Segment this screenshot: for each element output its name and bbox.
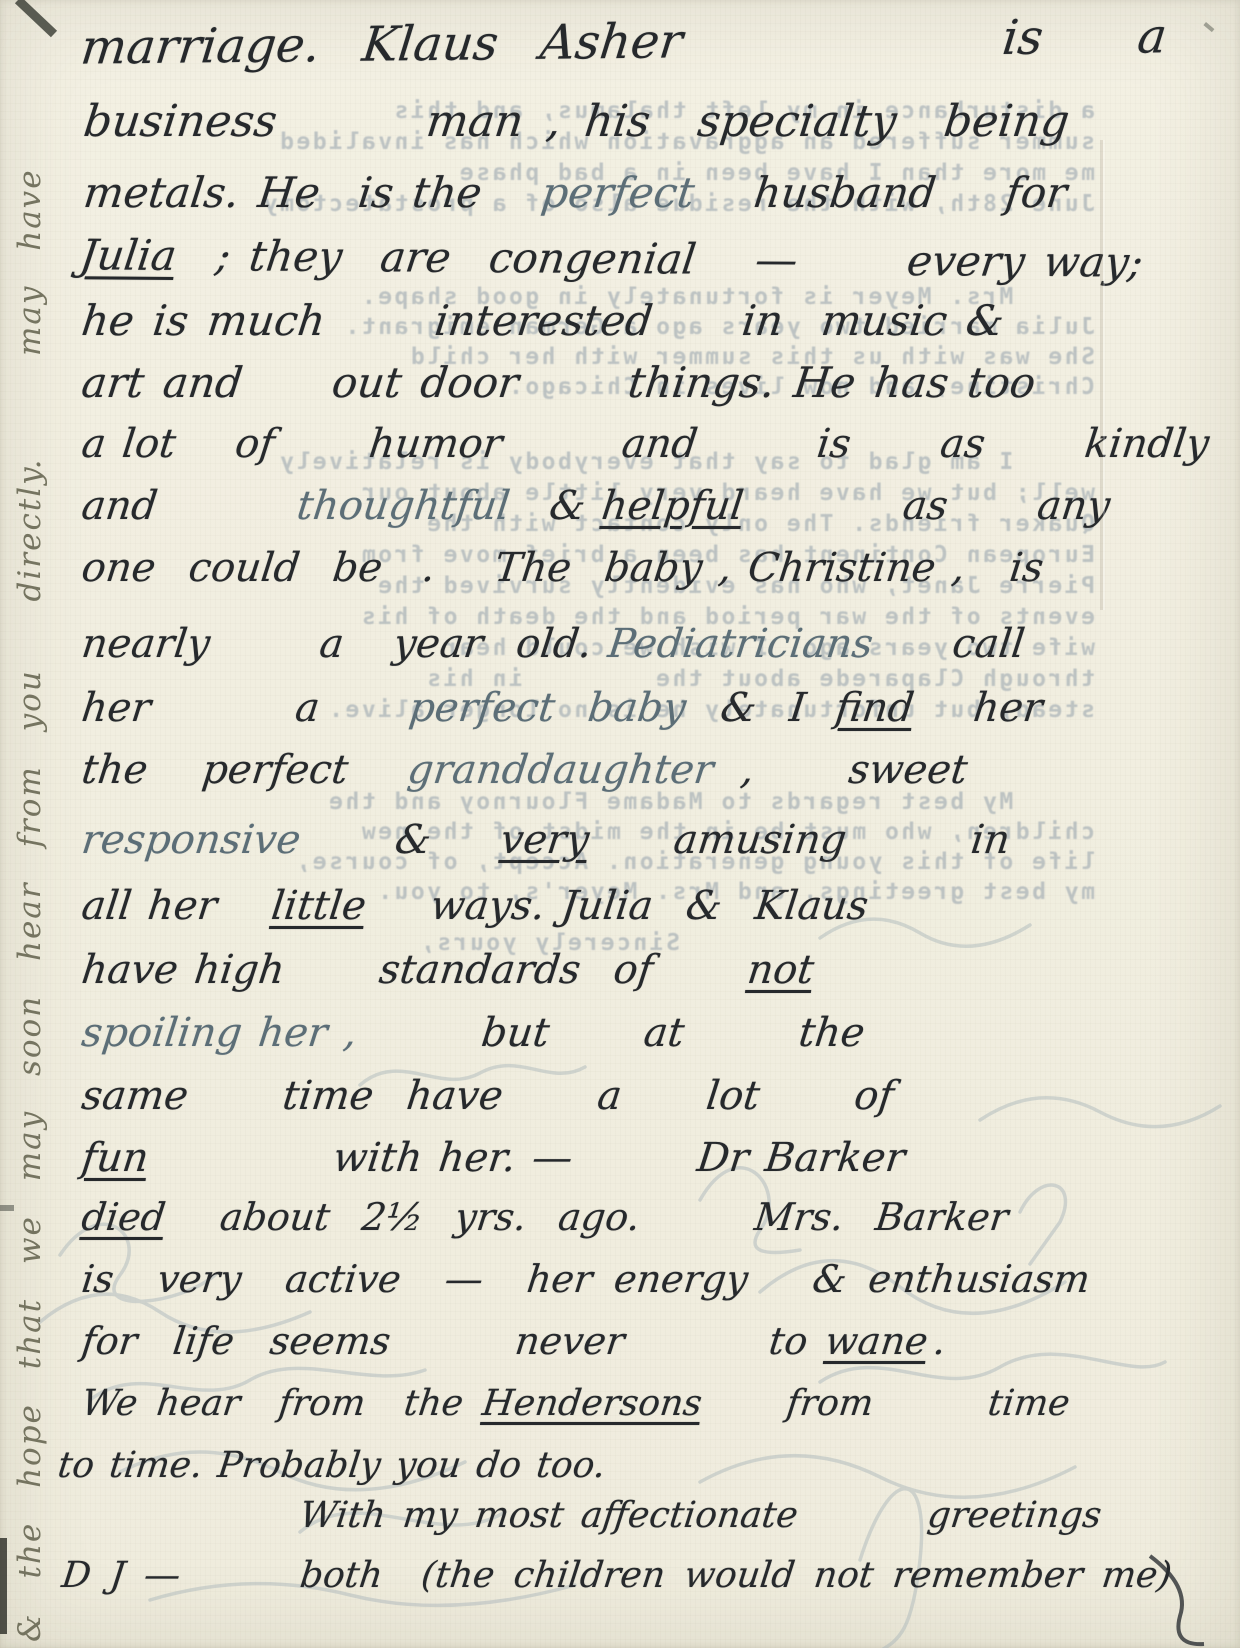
handwriting-word: but [479, 1010, 552, 1056]
handwriting-word: D J — [60, 1555, 183, 1596]
handwriting-word: With my most affectionate [298, 1495, 801, 1536]
handwriting-word: . [931, 1319, 948, 1363]
handwriting-word: We hear from the [80, 1383, 486, 1424]
handwriting-line: funwith her. —Dr Barker [80, 1138, 908, 1178]
handwriting-line: spoiling her ,butatthe [80, 1013, 867, 1053]
handwriting-word: granddaughter [405, 747, 716, 793]
handwriting-word: any [1035, 483, 1113, 529]
handwriting-word: kindly [1082, 421, 1211, 467]
handwriting-word: of [852, 1073, 897, 1119]
handwriting-word: & [393, 817, 434, 863]
handwriting-word: in music & [739, 296, 1006, 345]
handwriting-word: at [641, 1010, 687, 1056]
handwriting-word: thoughtful [294, 483, 512, 529]
handwriting-word: ways. Julia & Klaus [428, 883, 871, 929]
handwriting-word: the [796, 1010, 867, 1056]
handwriting-word: humor [367, 421, 505, 467]
handwriting-line: heraperfect baby& Ifindher [80, 688, 1045, 728]
handwriting-word: & I [718, 685, 808, 731]
handwriting-word: , [738, 747, 756, 793]
handwriting-word: have high [79, 947, 287, 993]
handwriting-word: little [269, 883, 369, 929]
handwriting-word: fun [79, 1135, 151, 1181]
handwriting-word: all her [79, 883, 219, 929]
handwriting-word: as [900, 483, 950, 529]
handwriting-word: for life seems [79, 1319, 393, 1363]
handwriting-word: perfect [200, 747, 351, 793]
handwriting-word: about 2½ yrs. ago. [218, 1195, 643, 1239]
handwriting-word: to time. Probably you do too. [56, 1445, 608, 1486]
handwriting-line: he is muchinterestedin music & [79, 300, 1006, 342]
handwriting-line: have highstandards ofnot [80, 950, 817, 990]
handwriting-word: for [1003, 168, 1070, 217]
handwriting-word: not [745, 947, 817, 993]
handwriting-line: We hear from the Hendersonsfromtime [80, 1386, 1072, 1422]
handwriting-word: & [547, 483, 605, 529]
handwriting-word: same [79, 1073, 191, 1119]
handwriting-word: interested [432, 296, 655, 345]
handwriting-word: marriage. Klaus Asher [78, 13, 685, 75]
corner-ink-mark [18, 0, 54, 34]
handwriting-line: businessman , his specialty being [81, 100, 1071, 144]
handwriting-line: sametime havealotof [80, 1076, 896, 1116]
handwriting-word: amusing [671, 817, 849, 863]
handwriting-word: perfect [539, 168, 698, 217]
handwriting-word: he is much [79, 296, 328, 345]
handwriting-line: for life seemsneverto wane. [80, 1322, 949, 1360]
handwriting-line: all herlittleways. Julia & Klaus [80, 886, 871, 926]
handwriting-line: is very active — her energy& enthusiasm [80, 1260, 1092, 1298]
handwriting-line: to time. Probably you do too. [56, 1448, 608, 1484]
handwriting-word: never [513, 1319, 627, 1363]
handwriting-word: greetings [925, 1495, 1104, 1536]
handwriting-word: husband [751, 168, 939, 217]
handwriting-word: a [293, 685, 323, 731]
handwriting-word: to [767, 1319, 829, 1363]
handwriting-word: wane [823, 1319, 931, 1363]
handwriting-word: her [79, 685, 153, 731]
handwriting-line: metals. He is theperfecthusbandfor [81, 172, 1069, 214]
handwriting-word: sweet [846, 747, 970, 793]
handwriting-word: out door [329, 358, 521, 407]
handwriting-word: the [79, 747, 150, 793]
handwriting-word: Dr Barker [695, 1135, 908, 1181]
handwriting-word: very [498, 817, 592, 863]
handwriting-word: of [233, 421, 278, 467]
handwriting-word: . [419, 545, 437, 591]
handwriting-word: nearly [79, 621, 212, 667]
handwriting-word: died [79, 1195, 168, 1239]
handwriting-word: one could be [79, 545, 385, 591]
handwriting-word: spoiling her , [79, 1010, 359, 1056]
handwriting-word: metals. He is the [81, 168, 485, 217]
handwriting-word: a lot [79, 421, 178, 467]
handwriting-word: art and [79, 358, 245, 407]
letter-scan-page: a disturbance in my left thalamus, and t… [0, 0, 1240, 1648]
handwriting-word: is [814, 421, 853, 467]
paper-crease-highlight [1103, 140, 1105, 610]
handwriting-word: a [595, 1073, 625, 1119]
handwriting-line: D J —both (the children would not rememb… [60, 1558, 1174, 1594]
handwriting-word: helpful [599, 483, 746, 529]
handwriting-word: & enthusiasm [810, 1257, 1092, 1301]
handwriting-word: Julia [77, 230, 179, 280]
handwriting-word: is [1000, 10, 1046, 66]
handwriting-line: one could be.The baby , Christine ,is [80, 548, 1046, 588]
handwriting-word: time [986, 1383, 1072, 1424]
edge-tick [1203, 22, 1214, 32]
handwriting-word: The baby , Christine , [492, 545, 968, 591]
handwriting-word: perfect baby [407, 685, 689, 731]
handwriting-line: responsive&veryamusingin [80, 820, 1013, 860]
handwriting-word: Mrs. Barker [752, 1195, 1011, 1239]
handwriting-word: is [1007, 545, 1046, 591]
handwriting-word: standards of [377, 947, 656, 993]
handwriting-word: her [971, 685, 1045, 731]
handwriting-word: call [950, 621, 1027, 667]
handwriting-word: a year old. [317, 621, 611, 667]
handwriting-word: lot [704, 1073, 763, 1119]
handwriting-word: — [753, 235, 801, 284]
handwriting-line: nearlya year old. Pediatricianscall [80, 624, 1027, 664]
handwriting-word: Pediatricians [606, 621, 876, 667]
handwriting-word: both (the children would not remember me… [298, 1555, 1174, 1596]
handwriting-line: With my most affectionategreetings [298, 1498, 1104, 1534]
handwriting-word: responsive [79, 817, 303, 863]
handwriting-line: art andout doorthings. He has too [79, 362, 1037, 404]
margin-note: & the hope that we may soon hear from yo… [12, 168, 48, 1642]
handwriting-word: from [784, 1383, 875, 1424]
handwriting-word: things. He has too [625, 358, 1038, 407]
handwriting-word: Hendersons [480, 1383, 704, 1424]
handwriting-word: in [968, 817, 1012, 863]
handwriting-line: marriage. Klaus Asherisa [79, 12, 1170, 71]
handwriting-word: with her. — [331, 1135, 576, 1181]
handwriting-word: as [938, 421, 988, 467]
handwriting-line: Julia; they are congenial—every way; [78, 234, 1146, 283]
handwriting-word: time have [280, 1073, 505, 1119]
handwriting-line: theperfectgranddaughter,sweet [80, 750, 970, 790]
handwriting-word: man , his specialty being [424, 96, 1073, 147]
paper-crease [1100, 140, 1103, 610]
handwriting-word: and [619, 421, 700, 467]
handwriting-word: a [1135, 8, 1170, 64]
handwriting-word: every way; [904, 236, 1146, 287]
handwriting-word: find [833, 685, 917, 731]
handwriting-line: a lotofhumorandisaskindly [80, 424, 1212, 464]
handwriting-word: is very active — her energy [79, 1257, 750, 1301]
handwriting-line: andthoughtful& helpfulasany [80, 486, 1113, 526]
handwriting-line: diedabout 2½ yrs. ago.Mrs. Barker [80, 1198, 1011, 1236]
edge-sliver [0, 1538, 7, 1634]
handwriting-word: and [79, 483, 160, 529]
handwriting-word: ; they are congenial [213, 231, 699, 283]
handwriting-word: business [81, 96, 280, 147]
